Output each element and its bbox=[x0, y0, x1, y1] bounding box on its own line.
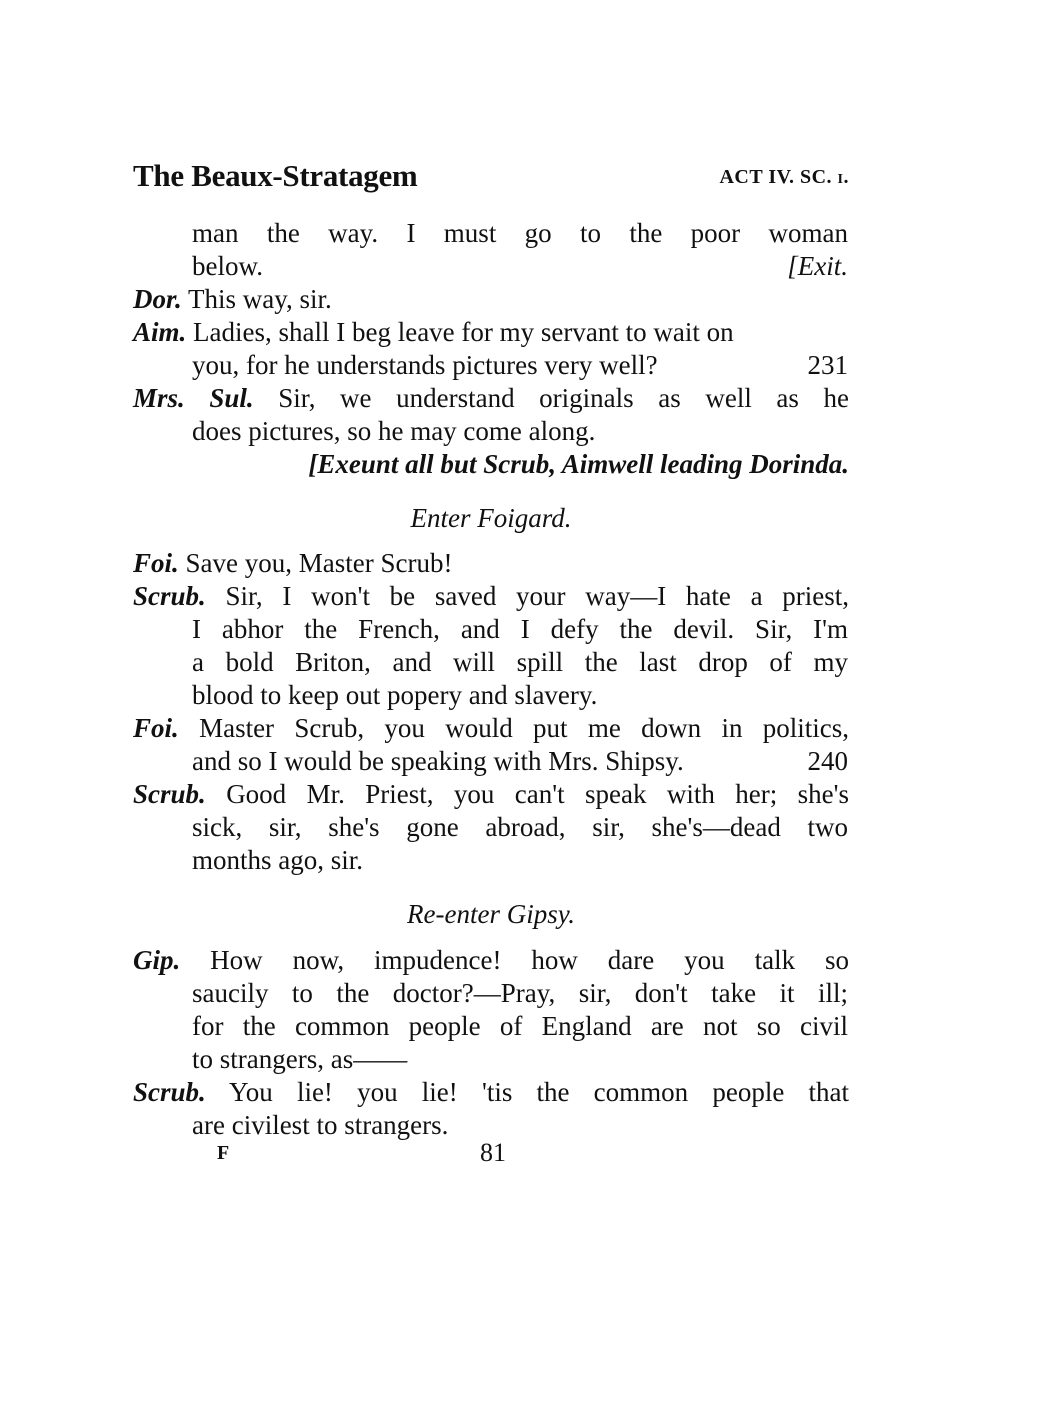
line-text: Sir, we understand originals as well as … bbox=[278, 383, 849, 413]
line-text: sick, sir, she's gone abroad, sir, she's… bbox=[192, 812, 848, 842]
line-text: months ago, sir. bbox=[192, 845, 363, 875]
text-line: [Exeunt all but Scrub, Aimwell leading D… bbox=[308, 448, 849, 481]
text-line: and so I would be speaking with Mrs. Shi… bbox=[192, 745, 848, 778]
text-line: Scrub. Sir, I won't be saved your way—I … bbox=[133, 580, 849, 613]
text-line: are civilest to strangers. bbox=[192, 1109, 448, 1142]
text-line: I abhor the French, and I defy the devil… bbox=[192, 613, 848, 646]
stage-direction-entrance: Enter Foigard. bbox=[133, 502, 849, 535]
text-line: below. [Exit. bbox=[192, 250, 848, 283]
line-text: I abhor the French, and I defy the devil… bbox=[192, 614, 848, 644]
speaker-label: Foi. bbox=[133, 548, 179, 578]
line-text: and so I would be speaking with Mrs. Shi… bbox=[192, 746, 684, 776]
text-line: blood to keep out popery and slavery. bbox=[192, 679, 597, 712]
speaker-label: Foi. bbox=[133, 713, 179, 743]
line-text: saucily to the doctor?—Pray, sir, don't … bbox=[192, 978, 848, 1008]
page-number: 81 bbox=[480, 1138, 506, 1168]
speaker-label: Mrs. Sul. bbox=[133, 383, 254, 413]
book-title: The Beaux-Stratagem bbox=[133, 158, 417, 194]
speaker-label: Gip. bbox=[133, 945, 180, 975]
text-line: Gip. How now, impudence! how dare you ta… bbox=[133, 944, 849, 977]
book-page: The Beaux-Stratagem ACT IV. SC. i. man t… bbox=[0, 0, 1054, 1407]
line-text: This way, sir. bbox=[188, 284, 332, 314]
speaker-label: Scrub. bbox=[133, 779, 206, 809]
text-line: Aim. Ladies, shall I beg leave for my se… bbox=[133, 316, 849, 349]
text-line: man the way. I must go to the poor woman bbox=[192, 217, 848, 250]
line-text: does pictures, so he may come along. bbox=[192, 416, 595, 446]
signature-mark: F bbox=[217, 1142, 229, 1165]
stage-direction: [Exit. bbox=[787, 250, 848, 283]
text-line: Scrub. You lie! you lie! 'tis the common… bbox=[133, 1076, 849, 1109]
text-line: months ago, sir. bbox=[192, 844, 363, 877]
line-text: Good Mr. Priest, you can't speak with he… bbox=[226, 779, 849, 809]
speaker-label: Dor. bbox=[133, 284, 182, 314]
text-line: you, for he understands pictures very we… bbox=[192, 349, 848, 382]
text-line: a bold Briton, and will spill the last d… bbox=[192, 646, 848, 679]
text-line: sick, sir, she's gone abroad, sir, she's… bbox=[192, 811, 848, 844]
line-text: Ladies, shall I beg leave for my servant… bbox=[193, 317, 734, 347]
line-text: You lie! you lie! 'tis the common people… bbox=[229, 1077, 849, 1107]
line-number: 231 bbox=[808, 349, 849, 382]
line-text: below. bbox=[192, 251, 263, 281]
text-line: saucily to the doctor?—Pray, sir, don't … bbox=[192, 977, 848, 1010]
text-line: Mrs. Sul. Sir, we understand originals a… bbox=[133, 382, 849, 415]
line-number: 240 bbox=[808, 745, 849, 778]
line-text: for the common people of England are not… bbox=[192, 1011, 848, 1041]
stage-direction: [Exeunt all but Scrub, Aimwell leading D… bbox=[308, 449, 849, 479]
text-line: Dor. This way, sir. bbox=[133, 283, 332, 316]
text-line: does pictures, so he may come along. bbox=[192, 415, 595, 448]
line-text: How now, impudence! how dare you talk so bbox=[210, 945, 849, 975]
line-text: are civilest to strangers. bbox=[192, 1110, 448, 1140]
line-text: you, for he understands pictures very we… bbox=[192, 350, 658, 380]
speaker-label: Scrub. bbox=[133, 1077, 206, 1107]
speaker-label: Scrub. bbox=[133, 581, 206, 611]
line-text: Save you, Master Scrub! bbox=[186, 548, 453, 578]
running-head: The Beaux-Stratagem ACT IV. SC. i. bbox=[133, 158, 849, 198]
text-line: for the common people of England are not… bbox=[192, 1010, 848, 1043]
text-line: Foi. Master Scrub, you would put me down… bbox=[133, 712, 849, 745]
speaker-label: Aim. bbox=[133, 317, 186, 347]
text-line: to strangers, as—— bbox=[192, 1043, 407, 1076]
line-text: a bold Briton, and will spill the last d… bbox=[192, 647, 848, 677]
line-text: Master Scrub, you would put me down in p… bbox=[199, 713, 849, 743]
line-text: to strangers, as—— bbox=[192, 1044, 407, 1074]
text-line: Scrub. Good Mr. Priest, you can't speak … bbox=[133, 778, 849, 811]
act-scene-label: ACT IV. SC. i. bbox=[719, 166, 849, 189]
stage-direction-entrance: Re-enter Gipsy. bbox=[133, 898, 849, 931]
line-text: Sir, I won't be saved your way—I hate a … bbox=[226, 581, 850, 611]
line-text: man the way. I must go to the poor woman bbox=[192, 218, 848, 248]
text-line: Foi. Save you, Master Scrub! bbox=[133, 547, 452, 580]
line-text: blood to keep out popery and slavery. bbox=[192, 680, 597, 710]
